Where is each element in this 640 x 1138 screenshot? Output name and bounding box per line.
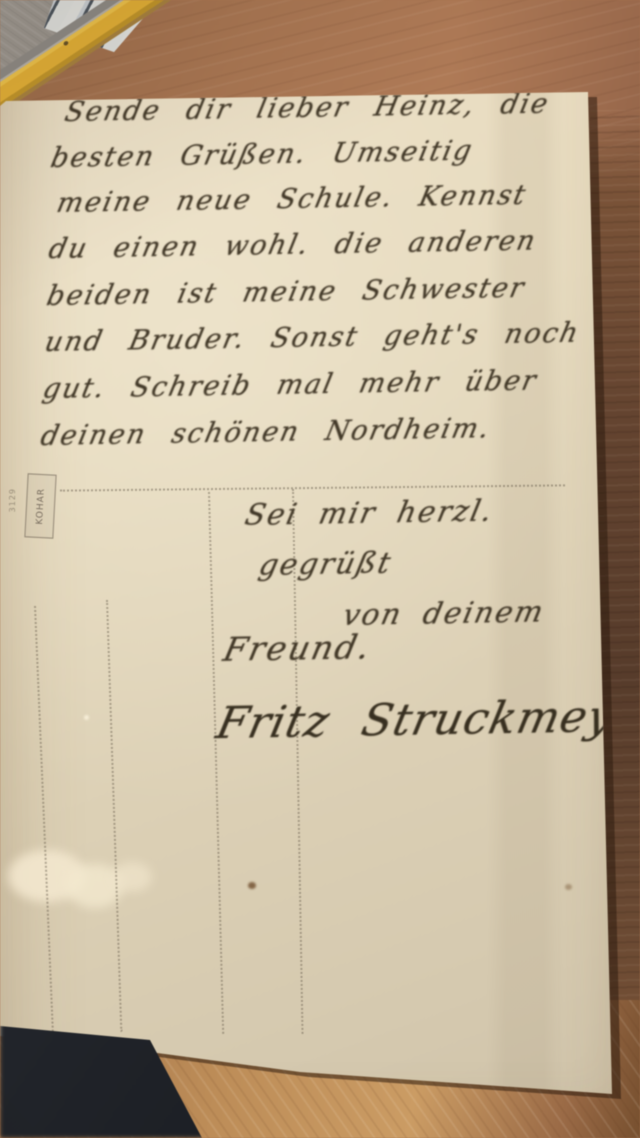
handwritten-signature: Fritz Struckmeyer. bbox=[212, 690, 640, 749]
handwritten-line: meine neue Schule. Kennst bbox=[54, 180, 530, 219]
water-stain bbox=[112, 862, 152, 892]
handwritten-line: und Bruder. Sonst geht's noch bbox=[42, 318, 583, 358]
ink-spot bbox=[248, 882, 256, 889]
handwritten-closing-line: gegrüßt bbox=[256, 546, 396, 582]
handwritten-line: deinen schönen Nordheim. bbox=[38, 413, 494, 452]
publisher-mark-box: KOHAR bbox=[24, 473, 56, 538]
handwritten-closing-line: Sei mir herzl. bbox=[242, 494, 497, 532]
printed-address-dotted-line bbox=[34, 606, 54, 1032]
printed-divider-dotted-line bbox=[60, 484, 565, 491]
handwritten-line: du einen wohl. die anderen bbox=[46, 226, 540, 265]
photo-of-handwritten-postcard: KOHAR 3129 Sende dir lieber Heinz, die b… bbox=[0, 0, 640, 1138]
publisher-mark-text: KOHAR bbox=[35, 487, 47, 524]
ink-spot bbox=[565, 884, 572, 890]
handwritten-line: beiden ist meine Schwester bbox=[44, 273, 528, 312]
ruler-speck bbox=[63, 40, 69, 46]
publisher-number: 3129 bbox=[8, 488, 17, 512]
handwritten-line: gut. Schreib mal mehr über bbox=[40, 365, 541, 405]
printed-address-dotted-line bbox=[208, 492, 224, 1034]
paper-fleck bbox=[84, 715, 89, 720]
handwritten-line: besten Grüßen. Umseitig bbox=[48, 136, 476, 174]
handwritten-closing-line: von deinem bbox=[340, 595, 548, 632]
printed-address-dotted-line bbox=[106, 600, 122, 1032]
postcard: KOHAR 3129 Sende dir lieber Heinz, die b… bbox=[0, 0, 640, 1138]
handwritten-closing-line: Freund. bbox=[220, 627, 375, 669]
